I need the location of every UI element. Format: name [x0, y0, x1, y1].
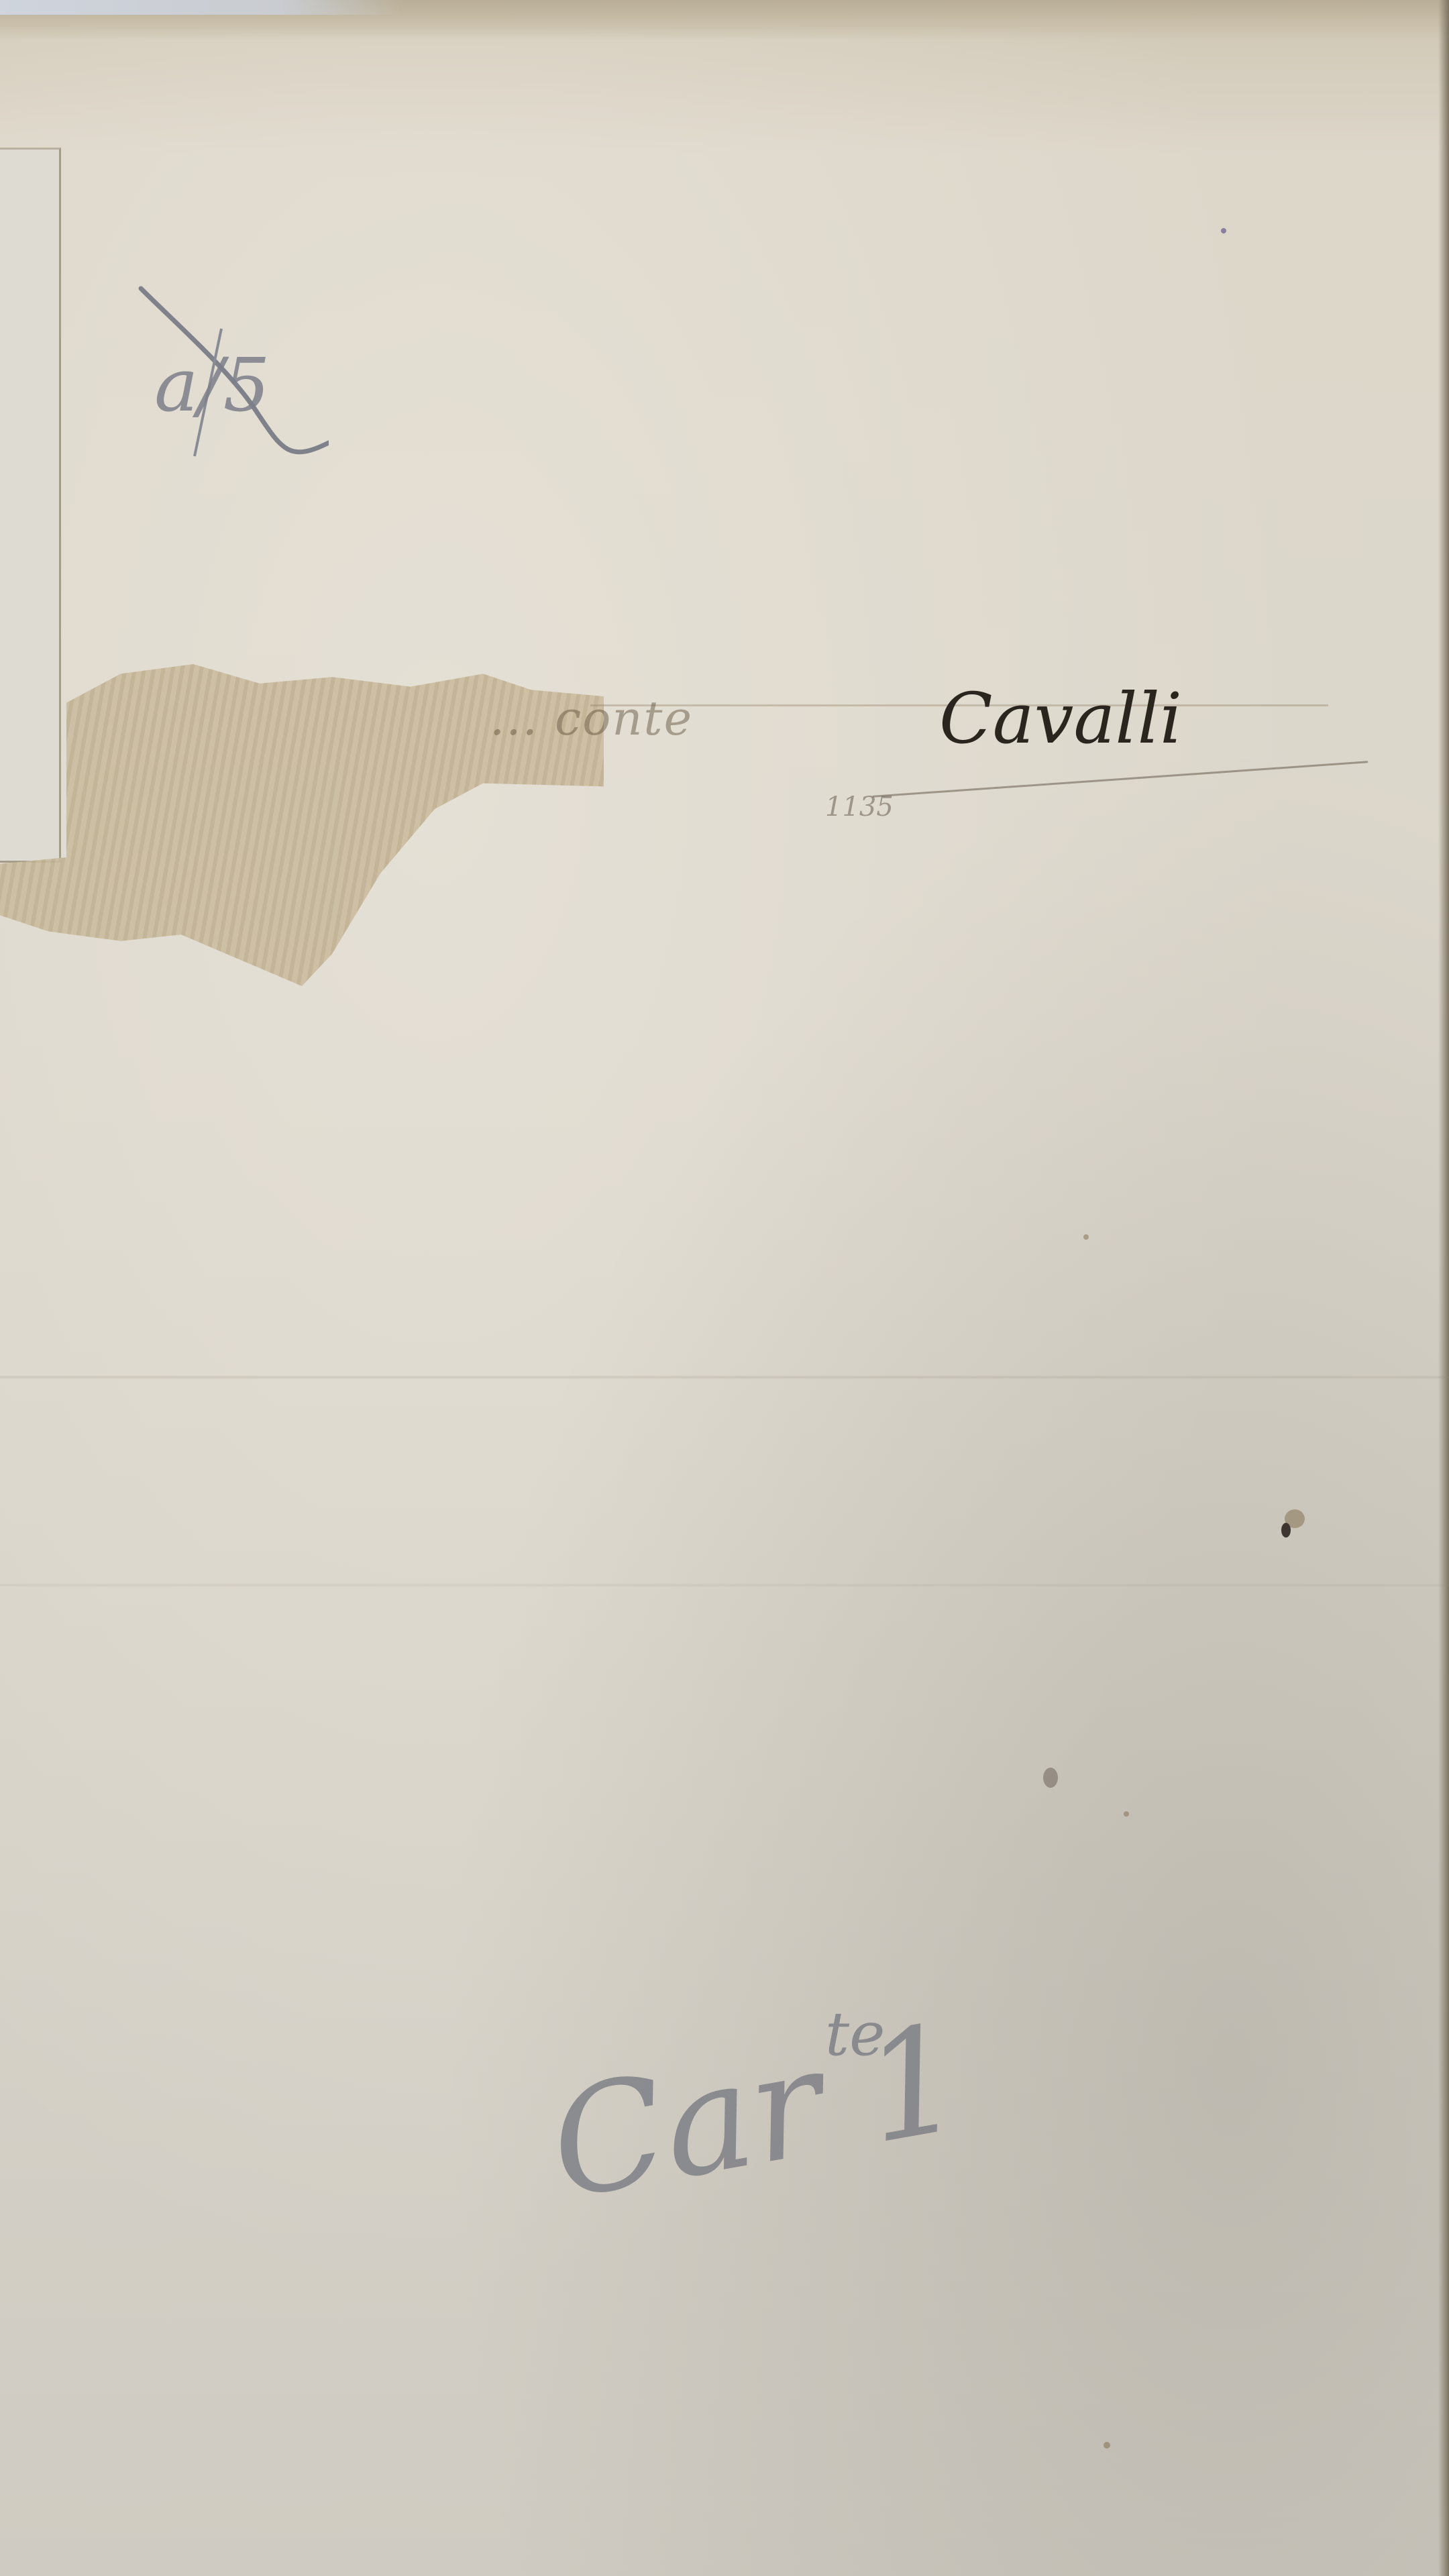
speck — [1083, 1234, 1089, 1240]
speck — [1124, 1811, 1129, 1817]
speck — [1221, 228, 1226, 233]
ink-inscription: ... conte Cavalli — [470, 678, 1342, 758]
fold-crease — [0, 1375, 1449, 1379]
ink-faded-text: ... conte — [490, 691, 693, 746]
ink-scribble-number: 1135 — [825, 792, 894, 822]
ink-speck — [1281, 1523, 1291, 1538]
background-corner — [0, 0, 402, 15]
speck — [1104, 2442, 1110, 2449]
pencil-bottom-superscript: te — [825, 1999, 885, 2070]
pencil-bottom-text: Car 1 — [538, 1992, 974, 2233]
foxing-stain — [1043, 1768, 1058, 1788]
ink-name-cavalli: Cavalli — [939, 678, 1182, 759]
fold-crease — [0, 1583, 1449, 1587]
pencil-shelfmark: a/5 — [114, 262, 329, 463]
pasted-paper-fragment — [0, 148, 61, 863]
pencil-bottom-note: Car 1 te — [537, 1999, 1046, 2321]
ink-underline — [873, 761, 1368, 798]
manuscript-page: a/5 ... conte Cavalli 1135 Car 1 te — [0, 0, 1449, 2576]
pencil-shelfmark-text: a/5 — [154, 342, 270, 428]
page-right-edge — [1438, 0, 1449, 2576]
